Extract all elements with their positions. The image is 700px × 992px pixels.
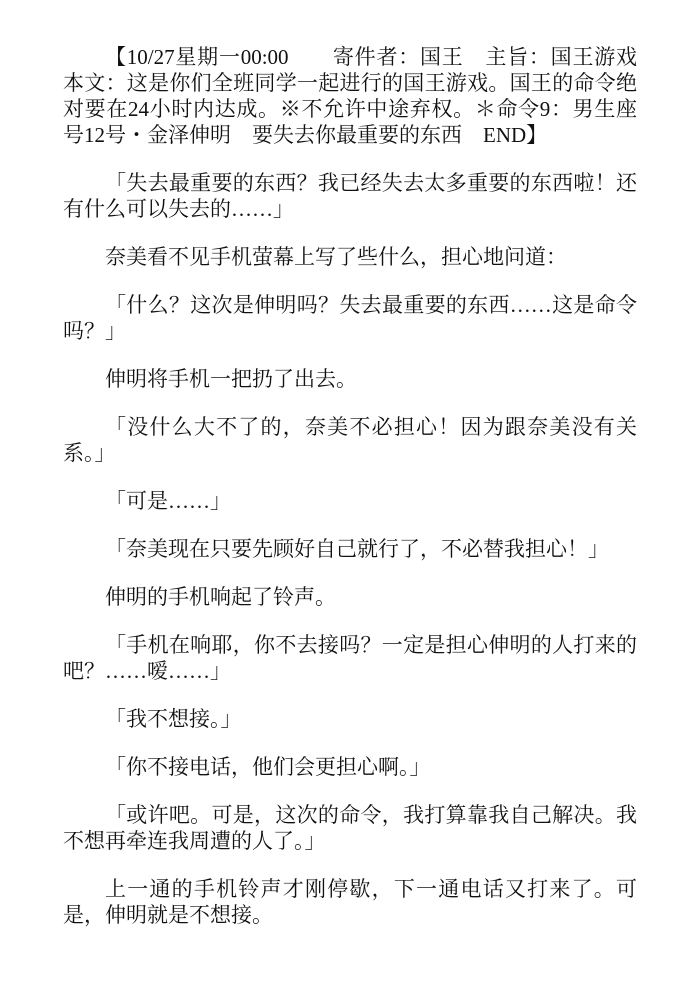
dialogue-paragraph: 「失去最重要的东西？我已经失去太多重要的东西啦！还有什么可以失去的……」: [63, 170, 637, 222]
dialogue-paragraph: 「没什么大不了的，奈美不必担心！因为跟奈美没有关系。」: [63, 414, 637, 466]
novel-page-body: { "page": { "background": "#ffffff", "te…: [0, 0, 700, 992]
narration-paragraph: 上一通的手机铃声才刚停歇，下一通电话又打来了。可是，伸明就是不想接。: [63, 876, 637, 928]
dialogue-paragraph: 「手机在响耶，你不去接吗？一定是担心伸明的人打来的吧？……嗳……」: [63, 632, 637, 684]
dialogue-paragraph: 「奈美现在只要先顾好自己就行了，不必替我担心！」: [63, 536, 637, 562]
dialogue-paragraph: 「什么？这次是伸明吗？失去最重要的东西……这是命令吗？」: [63, 292, 637, 344]
narration-paragraph: 伸明的手机响起了铃声。: [63, 584, 637, 610]
narration-paragraph: 奈美看不见手机萤幕上写了些什么，担心地问道：: [63, 244, 637, 270]
dialogue-paragraph: 「你不接电话，他们会更担心啊。」: [63, 754, 637, 780]
email-message-paragraph: 【10/27星期一00:00 寄件者：国王 主旨：国王游戏本文：这是你们全班同学…: [63, 44, 637, 148]
book-page: 【10/27星期一00:00 寄件者：国王 主旨：国王游戏本文：这是你们全班同学…: [0, 0, 700, 992]
dialogue-paragraph: 「或许吧。可是，这次的命令，我打算靠我自己解决。我不想再牵连我周遭的人了。」: [63, 802, 637, 854]
dialogue-paragraph: 「我不想接。」: [63, 706, 637, 732]
narration-paragraph: 伸明将手机一把扔了出去。: [63, 366, 637, 392]
dialogue-paragraph: 「可是……」: [63, 488, 637, 514]
